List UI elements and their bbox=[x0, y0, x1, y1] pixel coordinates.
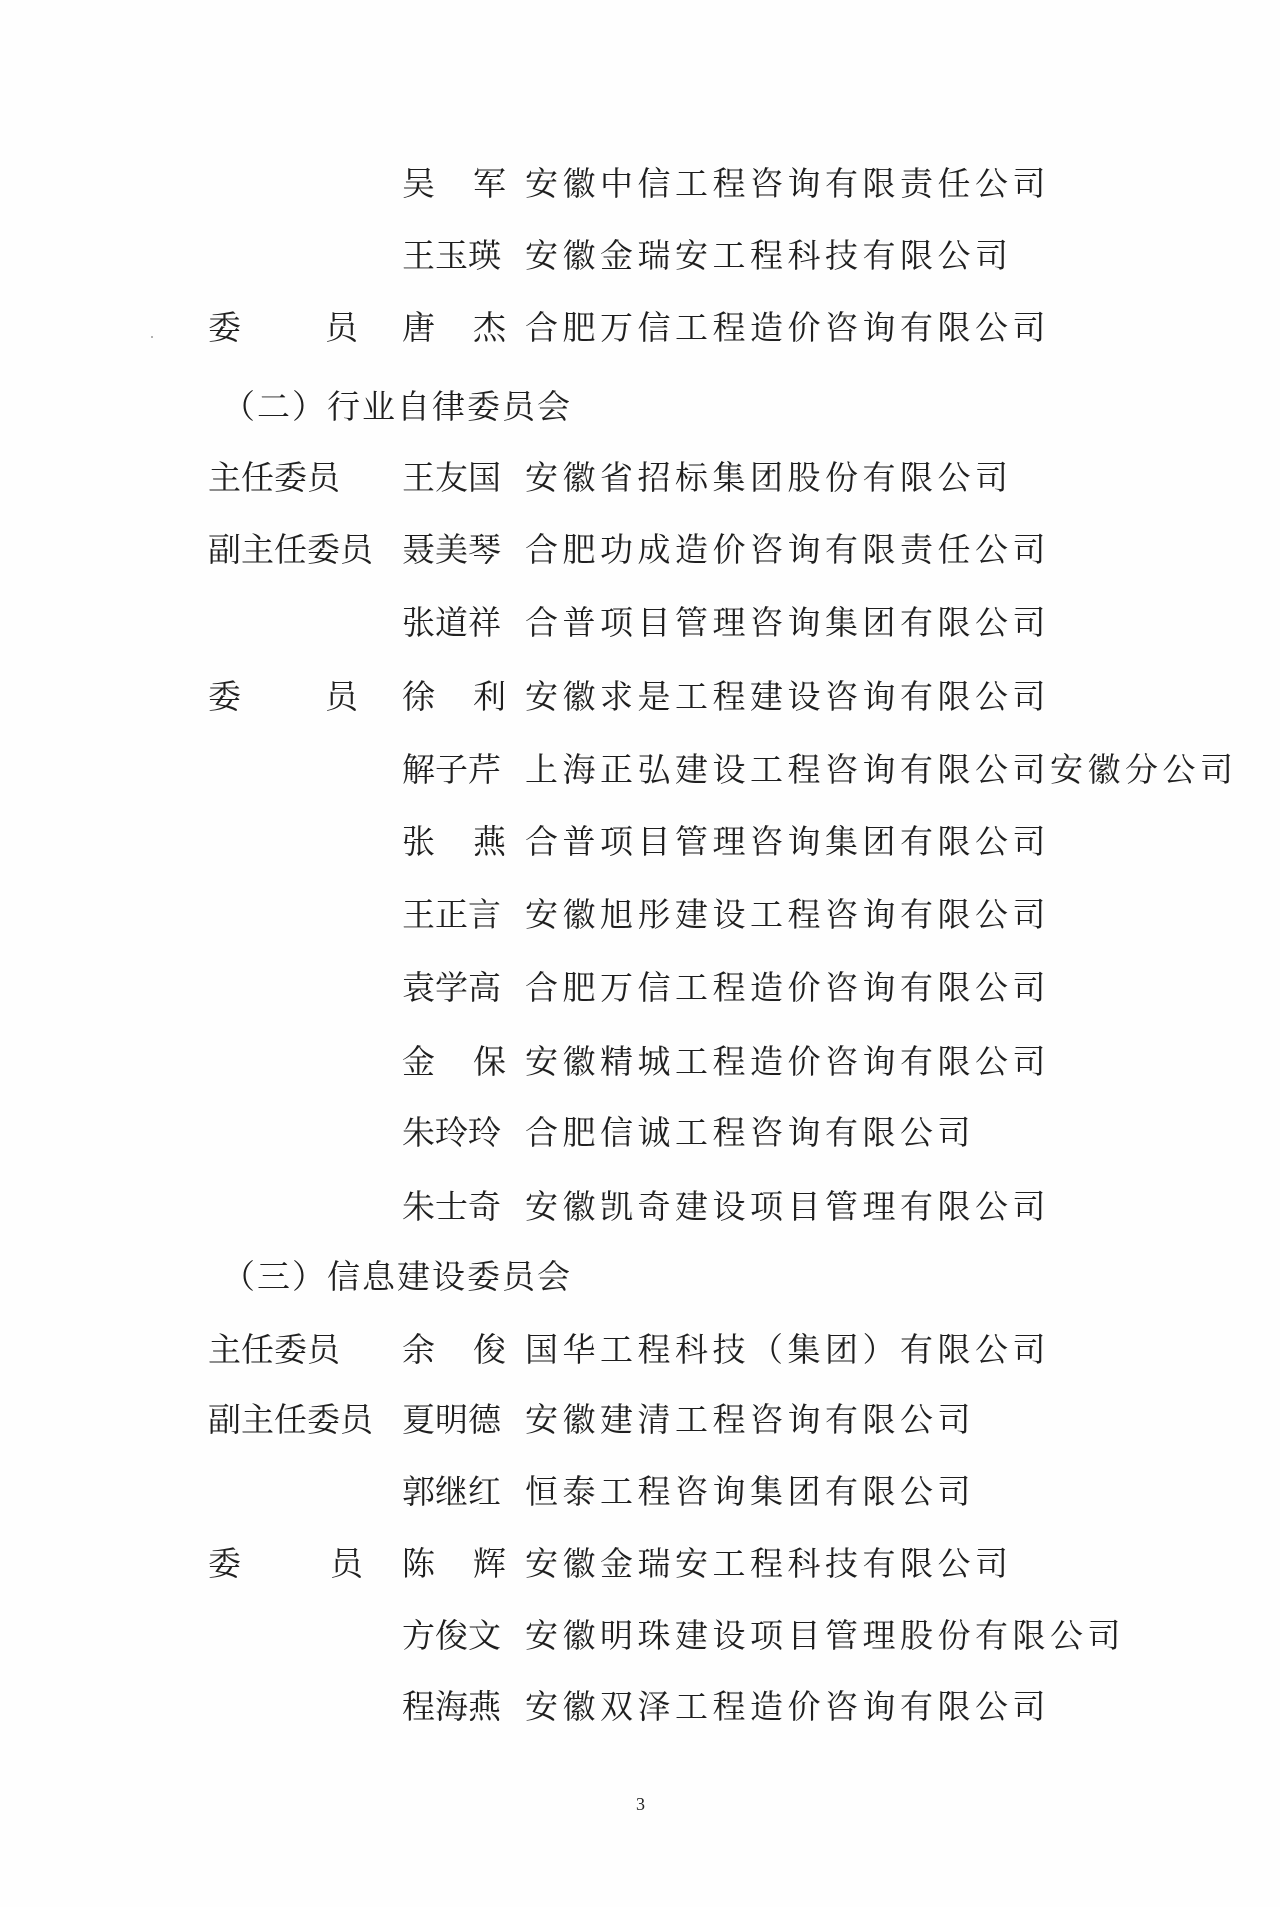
member-company: 安徽求是工程建设咨询有限公司 bbox=[525, 677, 1050, 717]
member-company: 安徽双泽工程造价咨询有限公司 bbox=[525, 1687, 1050, 1727]
member-role: 主任委员 bbox=[208, 458, 378, 498]
member-row: 张道祥 合普项目管理咨询集团有限公司 bbox=[0, 603, 1280, 643]
document-page: 吴 军 安徽中信工程咨询有限责任公司 王玉瑛 安徽金瑞安工程科技有限公司 委 员… bbox=[0, 0, 1280, 1907]
member-company: 合普项目管理咨询集团有限公司 bbox=[525, 822, 1050, 862]
member-row: 副主任委员 夏明德 安徽建清工程咨询有限公司 bbox=[0, 1400, 1280, 1440]
member-name: 方俊文 bbox=[402, 1616, 506, 1656]
member-name: 余 俊 bbox=[402, 1330, 506, 1370]
member-company: 安徽金瑞安工程科技有限公司 bbox=[525, 1544, 1013, 1584]
member-company: 合肥功成造价咨询有限责任公司 bbox=[525, 530, 1050, 570]
member-role: 委 员 bbox=[208, 308, 358, 348]
member-row: 委 员 陈 辉 安徽金瑞安工程科技有限公司 bbox=[0, 1544, 1280, 1584]
member-name: 朱玲玲 bbox=[402, 1113, 506, 1153]
member-role: 委 员 bbox=[208, 1544, 363, 1584]
member-role: 主任委员 bbox=[208, 1330, 378, 1370]
member-name: 徐 利 bbox=[402, 677, 506, 717]
member-name: 袁学高 bbox=[402, 968, 506, 1008]
member-company: 恒泰工程咨询集团有限公司 bbox=[525, 1472, 975, 1512]
member-row: 吴 军 安徽中信工程咨询有限责任公司 bbox=[0, 164, 1280, 204]
member-name: 王正言 bbox=[402, 895, 506, 935]
member-company: 安徽中信工程咨询有限责任公司 bbox=[525, 164, 1050, 204]
member-name: 张 燕 bbox=[402, 822, 506, 862]
member-company: 上海正弘建设工程咨询有限公司安徽分公司 bbox=[525, 750, 1238, 790]
member-company: 安徽建清工程咨询有限公司 bbox=[525, 1400, 975, 1440]
member-row: 朱玲玲 合肥信诚工程咨询有限公司 bbox=[0, 1113, 1280, 1153]
member-company: 安徽省招标集团股份有限公司 bbox=[525, 458, 1013, 498]
member-name: 夏明德 bbox=[402, 1400, 506, 1440]
member-row: 委 员 唐 杰 合肥万信工程造价咨询有限公司 bbox=[0, 308, 1280, 348]
member-company: 合肥万信工程造价咨询有限公司 bbox=[525, 308, 1050, 348]
member-row: 郭继红 恒泰工程咨询集团有限公司 bbox=[0, 1472, 1280, 1512]
section-heading: （三）信息建设委员会 bbox=[222, 1257, 572, 1297]
member-company: 安徽旭彤建设工程咨询有限公司 bbox=[525, 895, 1050, 935]
member-name: 解子芹 bbox=[402, 750, 506, 790]
member-row: 王玉瑛 安徽金瑞安工程科技有限公司 bbox=[0, 236, 1280, 276]
member-company: 安徽明珠建设项目管理股份有限公司 bbox=[525, 1616, 1125, 1656]
member-company: 国华工程科技（集团）有限公司 bbox=[525, 1330, 1050, 1370]
member-role: 副主任委员 bbox=[208, 1400, 378, 1440]
member-company: 合普项目管理咨询集团有限公司 bbox=[525, 603, 1050, 643]
member-company: 安徽凯奇建设项目管理有限公司 bbox=[525, 1187, 1050, 1227]
member-name: 陈 辉 bbox=[402, 1544, 506, 1584]
member-name: 唐 杰 bbox=[402, 308, 506, 348]
section-heading: （二）行业自律委员会 bbox=[222, 387, 572, 427]
page-number: 3 bbox=[636, 1794, 645, 1815]
member-company: 合肥信诚工程咨询有限公司 bbox=[525, 1113, 975, 1153]
member-row: 方俊文 安徽明珠建设项目管理股份有限公司 bbox=[0, 1616, 1280, 1656]
member-name: 郭继红 bbox=[402, 1472, 506, 1512]
member-row: 主任委员 余 俊 国华工程科技（集团）有限公司 bbox=[0, 1330, 1280, 1370]
member-row: 解子芹 上海正弘建设工程咨询有限公司安徽分公司 bbox=[0, 750, 1280, 790]
member-row: 委 员 徐 利 安徽求是工程建设咨询有限公司 bbox=[0, 677, 1280, 717]
member-row: 张 燕 合普项目管理咨询集团有限公司 bbox=[0, 822, 1280, 862]
member-row: 王正言 安徽旭彤建设工程咨询有限公司 bbox=[0, 895, 1280, 935]
member-company: 安徽金瑞安工程科技有限公司 bbox=[525, 236, 1013, 276]
member-name: 张道祥 bbox=[402, 603, 506, 643]
member-name: 王玉瑛 bbox=[402, 236, 506, 276]
member-row: 袁学高 合肥万信工程造价咨询有限公司 bbox=[0, 968, 1280, 1008]
member-row: 程海燕 安徽双泽工程造价咨询有限公司 bbox=[0, 1687, 1280, 1727]
member-row: 朱士奇 安徽凯奇建设项目管理有限公司 bbox=[0, 1187, 1280, 1227]
member-name: 吴 军 bbox=[402, 164, 506, 204]
member-role: 委 员 bbox=[208, 677, 358, 717]
member-name: 王友国 bbox=[402, 458, 506, 498]
member-company: 安徽精城工程造价咨询有限公司 bbox=[525, 1042, 1050, 1082]
member-company: 合肥万信工程造价咨询有限公司 bbox=[525, 968, 1050, 1008]
member-name: 朱士奇 bbox=[402, 1187, 506, 1227]
member-row: 主任委员 王友国 安徽省招标集团股份有限公司 bbox=[0, 458, 1280, 498]
member-name: 聂美琴 bbox=[402, 530, 506, 570]
member-row: 副主任委员 聂美琴 合肥功成造价咨询有限责任公司 bbox=[0, 530, 1280, 570]
member-row: 金 保 安徽精城工程造价咨询有限公司 bbox=[0, 1042, 1280, 1082]
member-role: 副主任委员 bbox=[208, 530, 378, 570]
member-name: 程海燕 bbox=[402, 1687, 506, 1727]
member-name: 金 保 bbox=[402, 1042, 506, 1082]
